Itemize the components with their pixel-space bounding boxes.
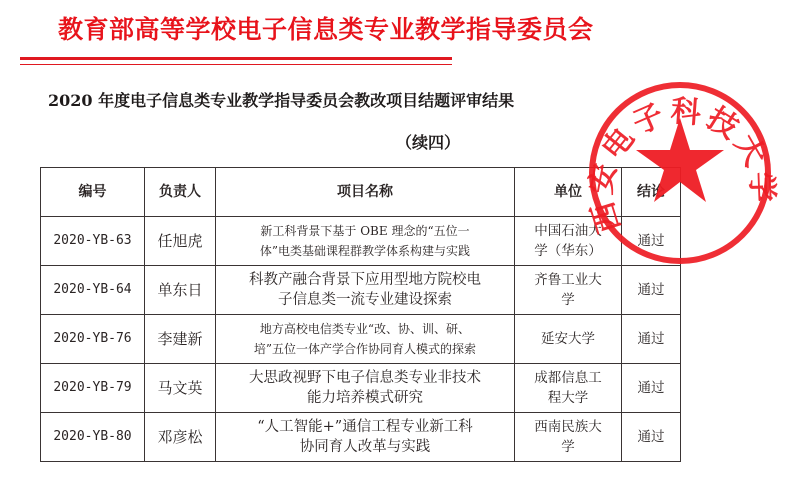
project-lead: 马文英: [145, 364, 216, 413]
project-name: 大思政视野下电子信息类专业非技术 能力培养模式研究: [216, 364, 515, 413]
project-name-line2: 能力培养模式研究: [220, 388, 510, 408]
project-lead: 任旭虎: [145, 217, 216, 266]
project-id: 2020-YB-79: [41, 364, 145, 413]
project-result: 通过: [622, 266, 681, 315]
unit-line2: 学: [519, 290, 617, 310]
project-result: 通过: [622, 364, 681, 413]
project-lead: 单东日: [145, 266, 216, 315]
project-unit: 延安大学: [515, 315, 622, 364]
unit-line2: 程大学: [519, 388, 617, 408]
table-row: 2020-YB-80 邓彦松 “人工智能+”通信工程专业新工科 协同育人改革与实…: [41, 413, 681, 462]
unit-line2: 学（华东）: [519, 241, 617, 261]
org-letterhead-title: 教育部高等学校电子信息类专业教学指导委员会: [58, 10, 638, 46]
table-row: 2020-YB-63 任旭虎 新工科背景下基于 OBE 理念的“五位一 体”电类…: [41, 217, 681, 266]
project-name-line1: “人工智能+”通信工程专业新工科: [220, 417, 510, 437]
project-id: 2020-YB-76: [41, 315, 145, 364]
project-unit: 齐鲁工业大 学: [515, 266, 622, 315]
unit-line1: 延安大学: [519, 329, 617, 349]
project-name-line1: 地方高校电信类专业“改、协、训、研、: [220, 319, 510, 339]
project-lead: 李建新: [145, 315, 216, 364]
document-title: 2020 年度电子信息类专业教学指导委员会教改项目结题评审结果: [48, 88, 648, 111]
project-lead: 邓彦松: [145, 413, 216, 462]
table-header-row: 编号 负责人 项目名称 单位 结论: [41, 168, 681, 217]
project-name: “人工智能+”通信工程专业新工科 协同育人改革与实践: [216, 413, 515, 462]
project-unit: 中国石油大 学（华东）: [515, 217, 622, 266]
project-name-line2: 培”五位一体产学合作协同育人模式的探索: [220, 339, 510, 359]
letterhead-rule-thin: [20, 64, 452, 65]
header-project-name: 项目名称: [216, 168, 515, 217]
table-row: 2020-YB-79 马文英 大思政视野下电子信息类专业非技术 能力培养模式研究…: [41, 364, 681, 413]
unit-line1: 西南民族大: [519, 417, 617, 437]
project-unit: 成都信息工 程大学: [515, 364, 622, 413]
document-subtitle: （续四）: [0, 130, 460, 153]
project-result: 通过: [622, 413, 681, 462]
unit-line1: 齐鲁工业大: [519, 270, 617, 290]
unit-line1: 成都信息工: [519, 368, 617, 388]
project-id: 2020-YB-64: [41, 266, 145, 315]
table-row: 2020-YB-76 李建新 地方高校电信类专业“改、协、训、研、 培”五位一体…: [41, 315, 681, 364]
letterhead-rule-thick: [20, 57, 452, 60]
project-name-line1: 新工科背景下基于 OBE 理念的“五位一: [220, 221, 510, 241]
project-name: 科教产融合背景下应用型地方院校电 子信息类一流专业建设探索: [216, 266, 515, 315]
header-unit: 单位: [515, 168, 622, 217]
project-name-line2: 子信息类一流专业建设探索: [220, 290, 510, 310]
table-row: 2020-YB-64 单东日 科教产融合背景下应用型地方院校电 子信息类一流专业…: [41, 266, 681, 315]
project-name-line2: 体”电类基础课程群教学体系构建与实践: [220, 241, 510, 261]
header-lead: 负责人: [145, 168, 216, 217]
unit-line2: 学: [519, 437, 617, 457]
project-name-line2: 协同育人改革与实践: [220, 437, 510, 457]
header-id: 编号: [41, 168, 145, 217]
project-result: 通过: [622, 315, 681, 364]
results-table: 编号 负责人 项目名称 单位 结论 2020-YB-63 任旭虎 新工科背景下基…: [40, 167, 681, 462]
project-result: 通过: [622, 217, 681, 266]
header-result: 结论: [622, 168, 681, 217]
project-id: 2020-YB-63: [41, 217, 145, 266]
project-id: 2020-YB-80: [41, 413, 145, 462]
project-name-line1: 科教产融合背景下应用型地方院校电: [220, 270, 510, 290]
project-name-line1: 大思政视野下电子信息类专业非技术: [220, 368, 510, 388]
unit-line1: 中国石油大: [519, 221, 617, 241]
project-unit: 西南民族大 学: [515, 413, 622, 462]
project-name: 新工科背景下基于 OBE 理念的“五位一 体”电类基础课程群教学体系构建与实践: [216, 217, 515, 266]
project-name: 地方高校电信类专业“改、协、训、研、 培”五位一体产学合作协同育人模式的探索: [216, 315, 515, 364]
